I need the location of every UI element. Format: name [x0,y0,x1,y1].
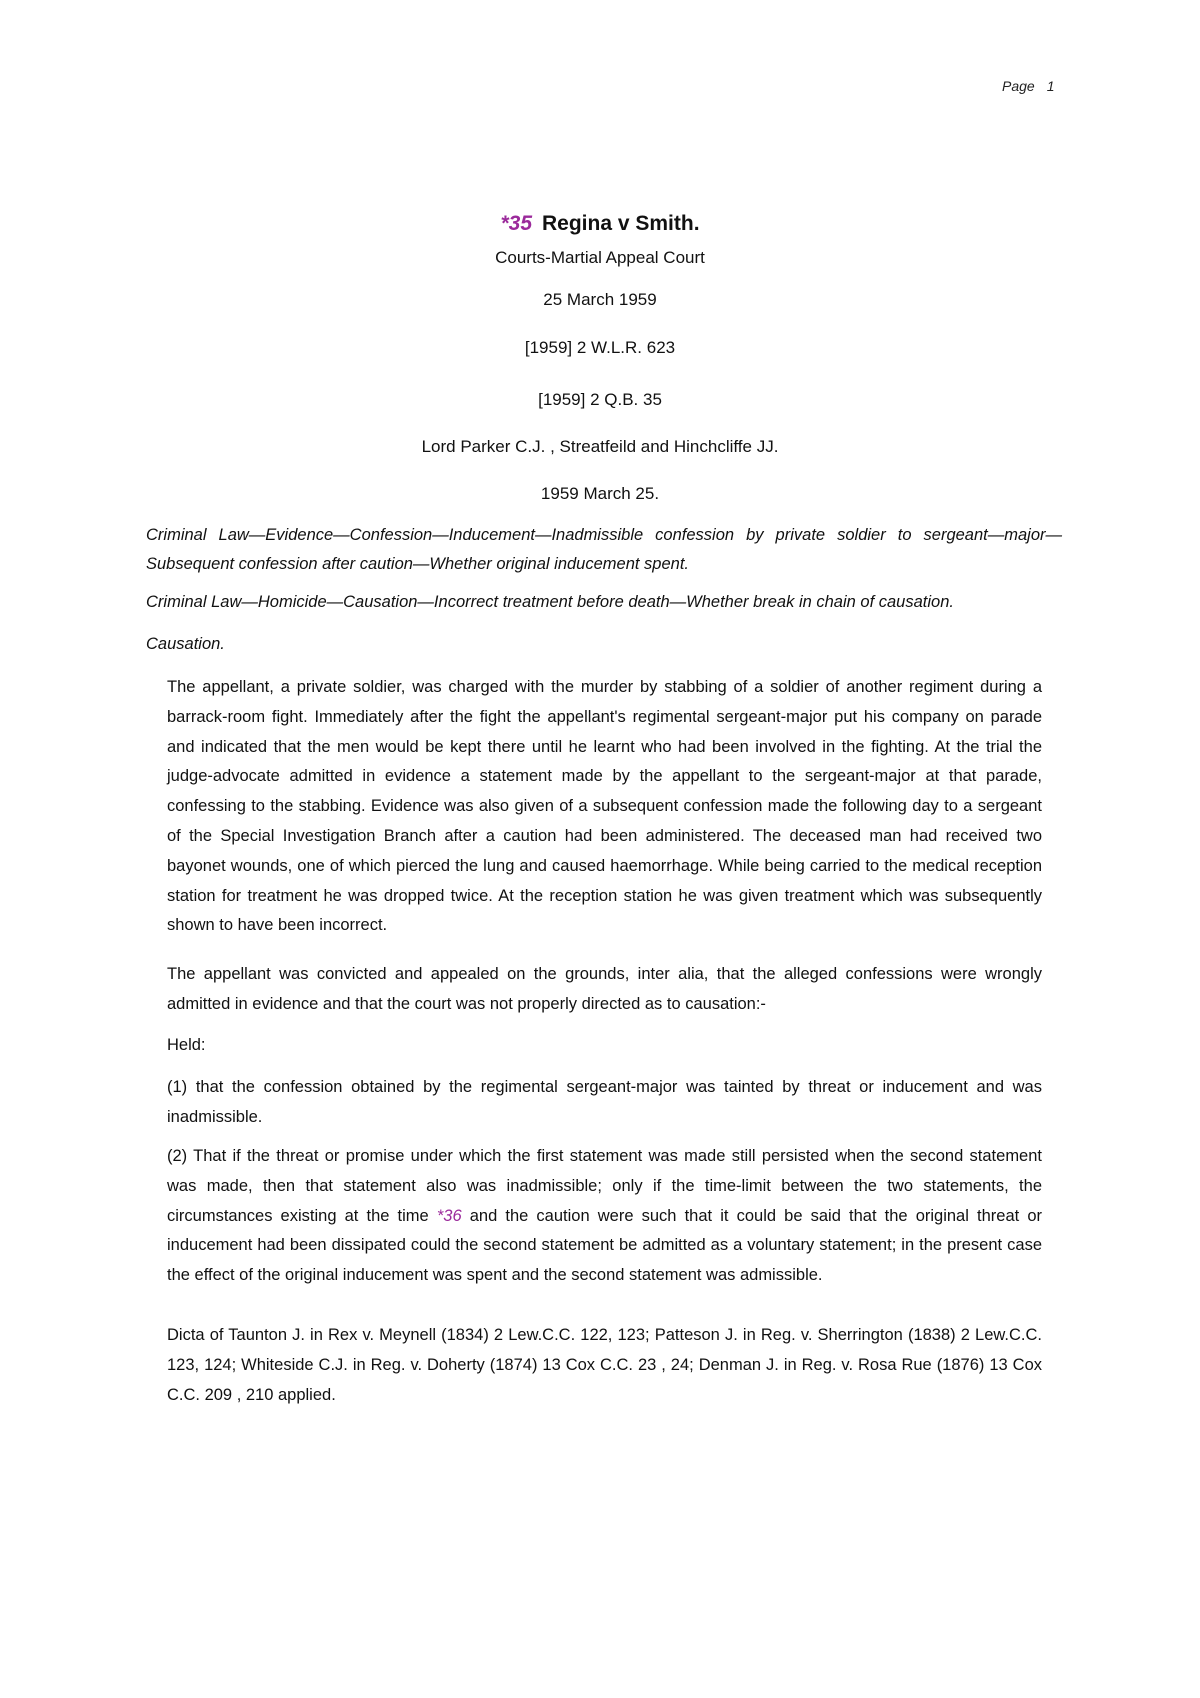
catchword-3: Causation. [146,630,1062,659]
page-marker-36: *36 [437,1207,462,1225]
page-label: Page [1002,78,1035,94]
held-point-1: (1) that the confession obtained by the … [167,1073,1042,1133]
citation-qb: [1959] 2 Q.B. 35 [0,390,1200,410]
page-number: Page1 [1002,78,1055,94]
judges: Lord Parker C.J. , Streatfeild and Hinch… [0,437,1200,457]
dicta-applied: Dicta of Taunton J. in Rex v. Meynell (1… [167,1321,1042,1410]
page-number-value: 1 [1047,78,1055,94]
catchword-2: Criminal Law—Homicide—Causation—Incorrec… [146,588,1062,617]
judgment-date: 25 March 1959 [0,290,1200,310]
headnote-facts: The appellant, a private soldier, was ch… [167,673,1042,941]
case-name: Regina v Smith. [542,212,700,235]
citation-wlr: [1959] 2 W.L.R. 623 [0,338,1200,358]
headnote-appeal: The appellant was convicted and appealed… [167,960,1042,1020]
court-name: Courts-Martial Appeal Court [0,248,1200,268]
case-title: *35Regina v Smith. [0,212,1200,236]
page-marker: *35 [500,212,532,235]
held-label: Held: [167,1031,1042,1061]
catchword-1: Criminal Law—Evidence—Confession—Inducem… [146,521,1062,579]
held-point-2: (2) That if the threat or promise under … [167,1142,1042,1291]
hearing-date: 1959 March 25. [0,484,1200,504]
